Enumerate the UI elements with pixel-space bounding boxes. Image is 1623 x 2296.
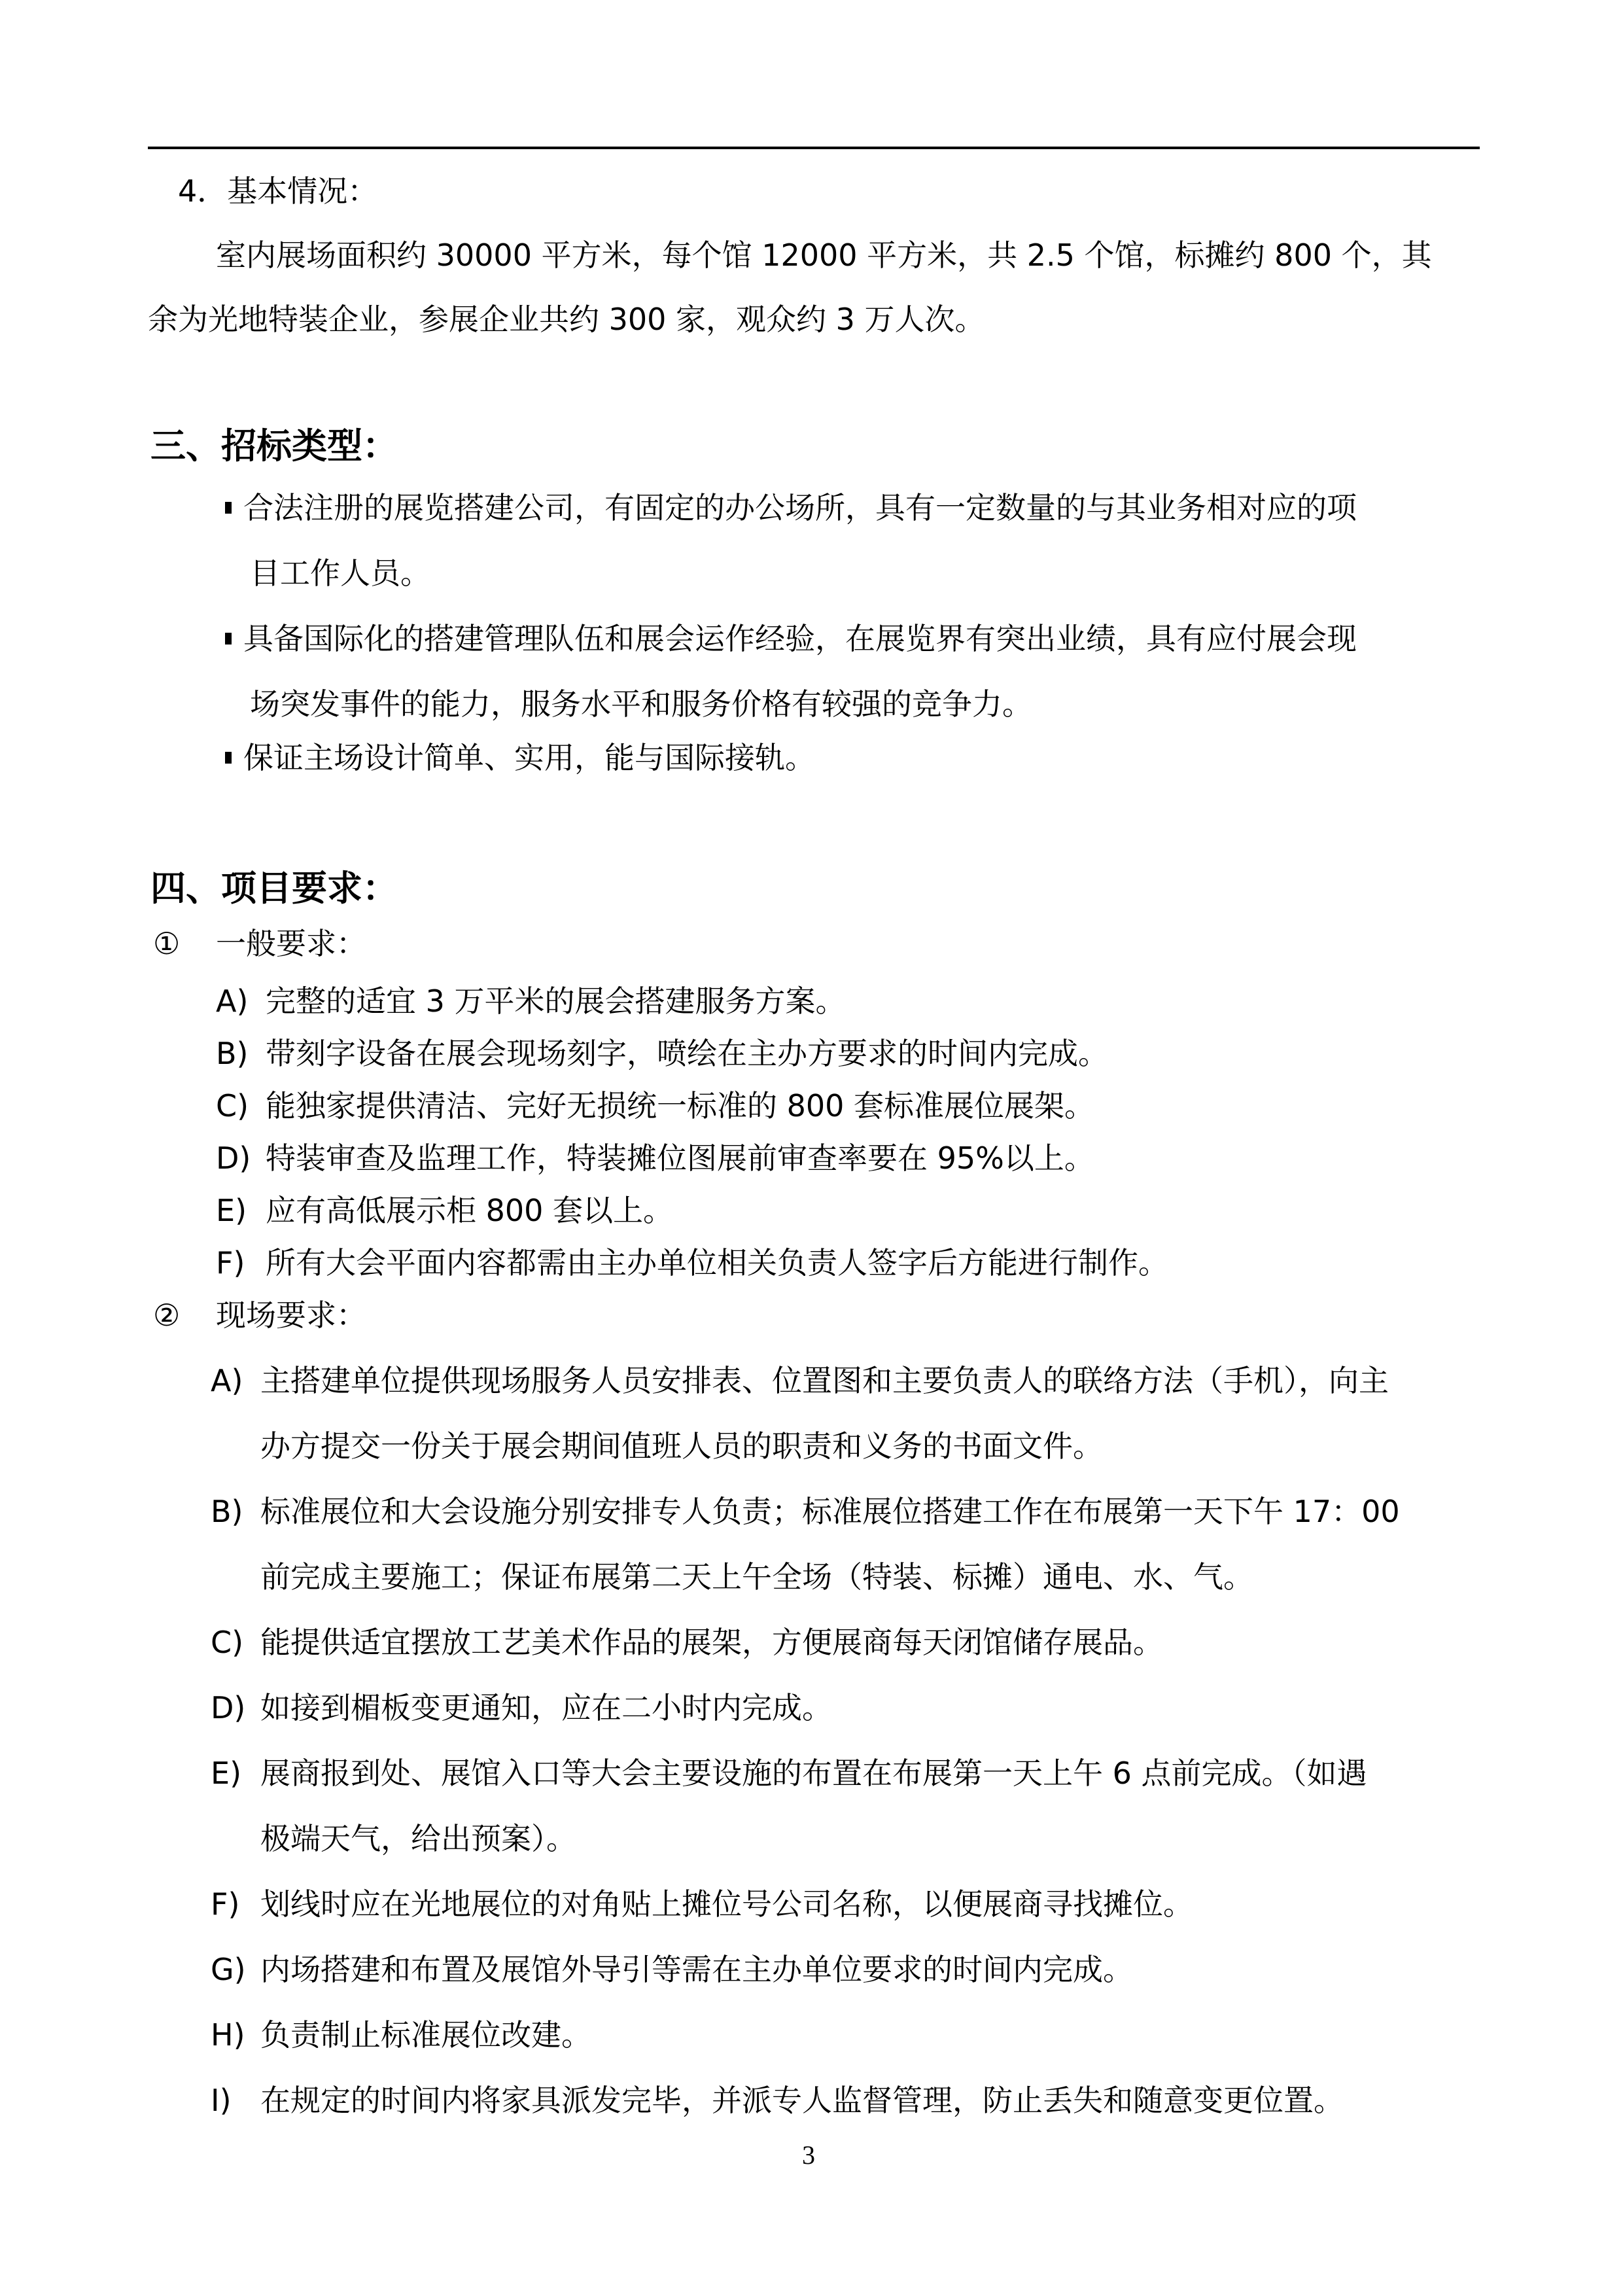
onsite-item: H)负责制止标准展位改建。 [211, 2015, 591, 2055]
general-item: B)带刻字设备在展会现场刻字，喷绘在主办方要求的时间内完成。 [216, 1034, 1108, 1073]
onsite-item: A)主搭建单位提供现场服务人员安排表、位置图和主要负责人的联络方法（手机），向主 [211, 1361, 1389, 1400]
bullet-item-cont: 场突发事件的能力，服务水平和服务价格有较强的竞争力。 [250, 684, 1032, 724]
onsite-item: E)展商报到处、展馆入口等大会主要设施的布置在布展第一天上午 6 点前完成。（如… [211, 1754, 1367, 1793]
general-item: A)完整的适宜 3 万平米的展会搭建服务方案。 [216, 981, 846, 1021]
onsite-item-cont: 前完成主要施工；保证布展第二天上午全场（特装、标摊）通电、水、气。 [260, 1557, 1253, 1597]
bullet-item: 保证主场设计简单、实用，能与国际接轨。 [225, 738, 815, 777]
onsite-item: D)如接到楣板变更通知，应在二小时内完成。 [211, 1688, 832, 1727]
general-item: E)应有高低展示柜 800 套以上。 [216, 1191, 673, 1230]
bullet-item: 具备国际化的搭建管理队伍和展会运作经验，在展览界有突出业绩，具有应付展会现 [225, 619, 1357, 658]
page-number: 3 [802, 2140, 815, 2170]
onsite-item: C)能提供适宜摆放工艺美术作品的展架，方便展商每天闭馆储存展品。 [211, 1623, 1163, 1662]
basic-paragraph-line1: 室内展场面积约 30000 平方米，每个馆 12000 平方米，共 2.5 个馆… [216, 236, 1432, 275]
section4-title: 四、项目要求： [150, 868, 398, 910]
basic-heading: 4．基本情况： [178, 171, 377, 211]
onsite-label: 现场要求： [216, 1296, 366, 1335]
onsite-item: G)内场搭建和布置及展馆外导引等需在主办单位要求的时间内完成。 [211, 1950, 1133, 1989]
bullet-item: 合法注册的展览搭建公司，有固定的办公场所，具有一定数量的与其业务相对应的项 [225, 488, 1357, 527]
bullet-icon [225, 752, 232, 764]
onsite-item: I)在规定的时间内将家具派发完毕，并派专人监督管理，防止丢失和随意变更位置。 [211, 2081, 1344, 2120]
onsite-marker: ② [153, 1296, 180, 1335]
bullet-item-cont: 目工作人员。 [250, 554, 430, 593]
general-item: D)特装审查及监理工作，特装摊位图展前审查率要在 95%以上。 [216, 1139, 1094, 1178]
onsite-item-cont: 办方提交一份关于展会期间值班人员的职责和义务的书面文件。 [260, 1426, 1103, 1466]
basic-paragraph-line2: 余为光地特装企业，参展企业共约 300 家，观众约 3 万人次。 [148, 300, 985, 339]
onsite-item: F)划线时应在光地展位的对角贴上摊位号公司名称，以便展商寻找摊位。 [211, 1884, 1193, 1924]
general-marker: ① [153, 924, 180, 963]
onsite-item-cont: 极端天气，给出预案）。 [260, 1819, 576, 1858]
section3-title: 三、招标类型： [150, 425, 398, 467]
bullet-icon [225, 502, 232, 514]
general-item: F)所有大会平面内容都需由主办单位相关负责人签字后方能进行制作。 [216, 1243, 1168, 1282]
general-item: C)能独家提供清洁、完好无损统一标准的 800 套标准展位展架。 [216, 1086, 1094, 1125]
general-label: 一般要求： [216, 924, 366, 963]
onsite-item: B)标准展位和大会设施分别安排专人负责；标准展位搭建工作在布展第一天下午 17：… [211, 1492, 1400, 1531]
header-rule [148, 147, 1480, 149]
bullet-icon [225, 633, 232, 645]
